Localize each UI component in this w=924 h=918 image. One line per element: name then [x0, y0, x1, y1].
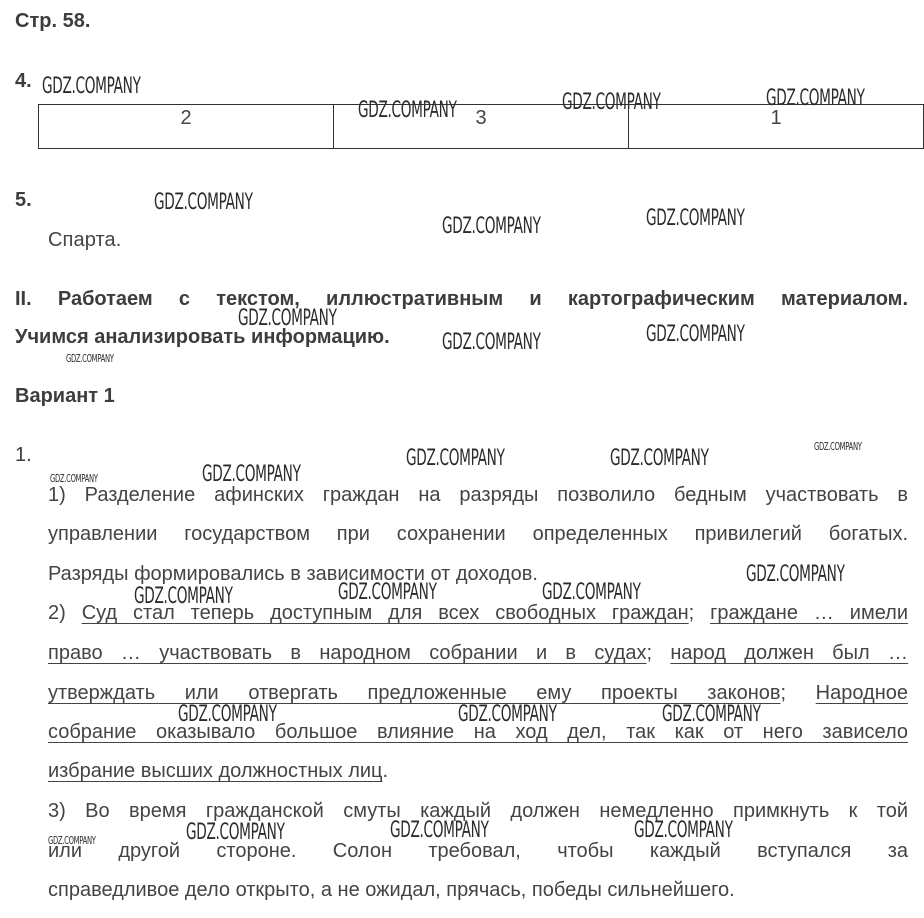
section-title: II. Работаем с текстом, иллюстративным и…: [15, 288, 908, 311]
watermark: GDZ.COMPANY: [442, 330, 541, 355]
watermark: GDZ.COMPANY: [134, 584, 233, 609]
task-5-number: 5.: [15, 189, 32, 212]
watermark: GDZ.COMPANY: [202, 462, 301, 487]
watermark: GDZ.COMPANY: [610, 446, 709, 471]
watermark: GDZ.COMPANY: [42, 74, 141, 99]
quote-segment: народ должен был …: [670, 642, 908, 664]
task-1-number: 1.: [15, 444, 32, 467]
task-5-answer: Спарта.: [48, 229, 121, 252]
variant-heading: Вариант 1: [15, 385, 115, 408]
watermark: GDZ.COMPANY: [662, 702, 761, 727]
watermark: GDZ.COMPANY: [66, 352, 114, 365]
quote-segment: утверждать или отвергать предложенные ем…: [48, 682, 781, 704]
watermark: GDZ.COMPANY: [154, 190, 253, 215]
page-label: Стр. 58.: [15, 10, 90, 33]
answer-3-line: справедливое дело открыто, а не ожидал, …: [48, 880, 908, 900]
quote-segment: Народное: [816, 682, 908, 704]
quote-segment: право … участвовать в народном собрании …: [48, 642, 646, 664]
watermark: GDZ.COMPANY: [814, 440, 862, 453]
watermark: GDZ.COMPANY: [634, 818, 733, 843]
order-cell: 2: [39, 105, 334, 149]
answer-2-line: избрание высших должностных лиц.: [48, 761, 908, 781]
watermark: GDZ.COMPANY: [562, 90, 661, 115]
watermark: GDZ.COMPANY: [406, 446, 505, 471]
watermark: GDZ.COMPANY: [442, 214, 541, 239]
task-4-number: 4.: [15, 70, 32, 93]
watermark: GDZ.COMPANY: [458, 702, 557, 727]
answer-2-line: утверждать или отвергать предложенные ем…: [48, 683, 908, 703]
watermark: GDZ.COMPANY: [746, 562, 845, 587]
answer-2-line: право … участвовать в народном собрании …: [48, 643, 908, 663]
order-cell: 1: [629, 105, 924, 149]
watermark: GDZ.COMPANY: [390, 818, 489, 843]
answer-3-line: или другой стороне. Солон требовал, чтоб…: [48, 841, 908, 861]
watermark: GDZ.COMPANY: [178, 702, 277, 727]
watermark: GDZ.COMPANY: [338, 580, 437, 605]
watermark: GDZ.COMPANY: [542, 580, 641, 605]
watermark: GDZ.COMPANY: [766, 86, 865, 111]
watermark: GDZ.COMPANY: [646, 206, 745, 231]
quote-segment: граждане … имели: [710, 602, 908, 624]
quote-segment: избрание высших должностных лиц: [48, 760, 383, 782]
watermark: GDZ.COMPANY: [186, 820, 285, 845]
answer-1-line: управлении государством при сохранении о…: [48, 524, 908, 544]
watermark: GDZ.COMPANY: [358, 98, 457, 123]
watermark: GDZ.COMPANY: [238, 306, 337, 331]
answer-1-line: 1) Разделение афинских граждан на разряд…: [48, 485, 908, 505]
watermark: GDZ.COMPANY: [50, 472, 98, 485]
watermark: GDZ.COMPANY: [646, 322, 745, 347]
watermark: GDZ.COMPANY: [48, 834, 96, 847]
